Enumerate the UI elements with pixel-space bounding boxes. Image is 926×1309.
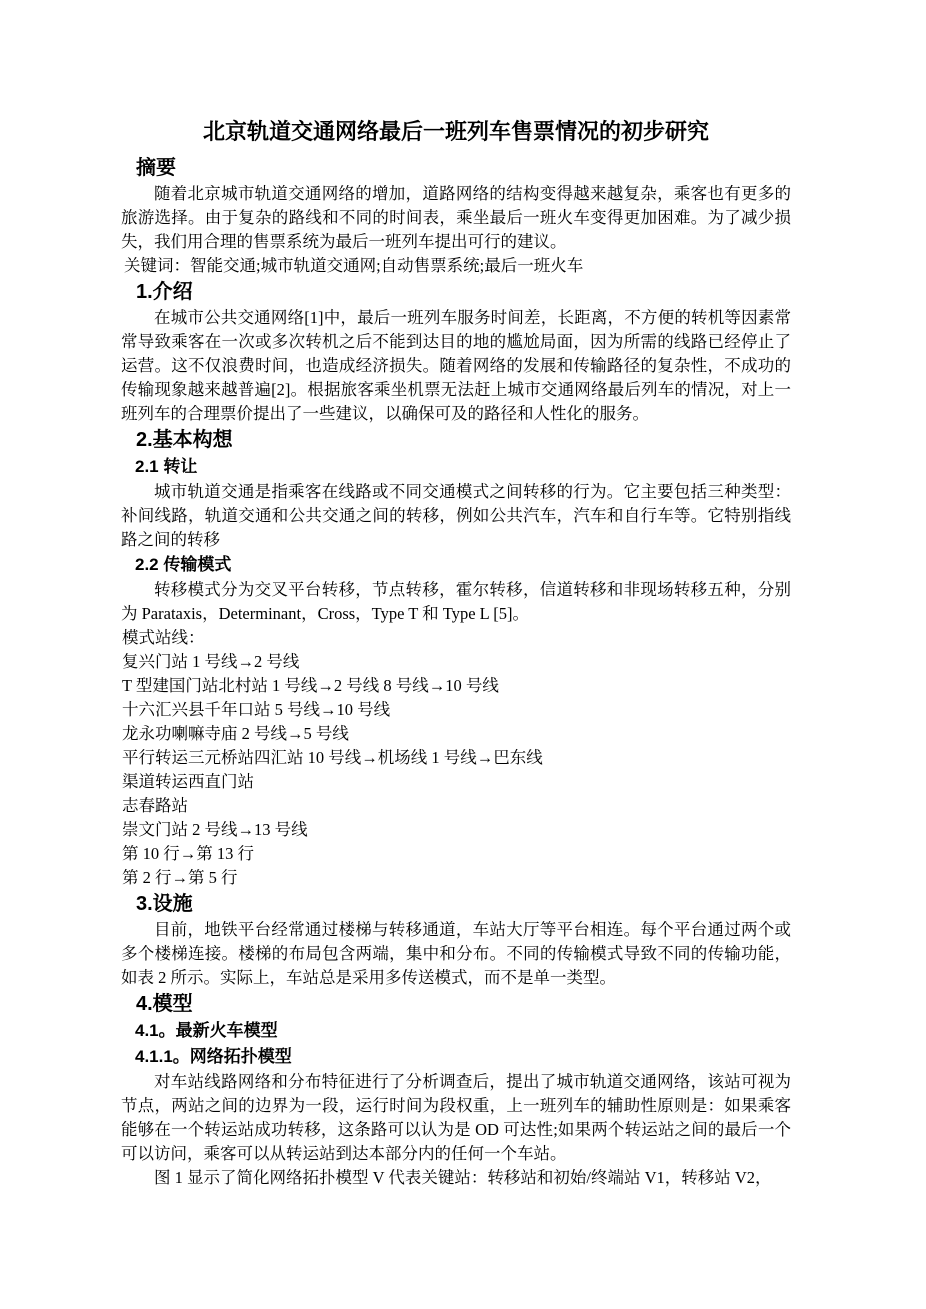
introduction-text: 在城市公共交通网络[1]中，最后一班列车服务时间差，长距离，不方便的转机等因素常…: [121, 306, 791, 426]
heading-latest-train-model: 4.1。最新火车模型: [121, 1018, 791, 1044]
heading-basic-concept: 2.基本构想: [121, 426, 791, 454]
station-line: 志春路站: [121, 794, 791, 818]
station-line: T 型建国门站北村站 1 号线→2 号线 8 号线→10 号线: [121, 674, 791, 698]
document-content: 北京轨道交通网络最后一班列车售票情况的初步研究 摘要 随着北京城市轨道交通网络的…: [121, 116, 791, 1190]
transfer-text: 城市轨道交通是指乘客在线路或不同交通模式之间转移的行为。它主要包括三种类型：补间…: [121, 480, 791, 552]
station-line: 第 10 行→第 13 行: [121, 842, 791, 866]
station-line: 渠道转运西直门站: [121, 770, 791, 794]
document-page: 北京轨道交通网络最后一班列车售票情况的初步研究 摘要 随着北京城市轨道交通网络的…: [0, 0, 926, 1309]
station-lines-label: 模式站线：: [121, 626, 791, 650]
figure1-reference-text: 图 1 显示了简化网络拓扑模型 V 代表关键站：转移站和初始/终端站 V1，转移…: [121, 1166, 791, 1190]
heading-model: 4.模型: [121, 990, 791, 1018]
station-line: 崇文门站 2 号线→13 号线: [121, 818, 791, 842]
station-line: 十六汇兴县千年口站 5 号线→10 号线: [121, 698, 791, 722]
heading-introduction: 1.介绍: [121, 278, 791, 306]
transfer-mode-text: 转移模式分为交叉平台转移，节点转移，霍尔转移，信道转移和非现场转移五种，分别为 …: [121, 578, 791, 626]
heading-facilities: 3.设施: [121, 890, 791, 918]
topology-model-text: 对车站线路网络和分布特征进行了分析调查后，提出了城市轨道交通网络，该站可视为节点…: [121, 1070, 791, 1166]
station-line: 第 2 行→第 5 行: [121, 866, 791, 890]
station-line: 龙永功喇嘛寺庙 2 号线→5 号线: [121, 722, 791, 746]
station-line: 平行转运三元桥站四汇站 10 号线→机场线 1 号线→巴东线: [121, 746, 791, 770]
paper-title: 北京轨道交通网络最后一班列车售票情况的初步研究: [121, 116, 791, 148]
heading-transfer: 2.1 转让: [121, 454, 791, 480]
facilities-text: 目前，地铁平台经常通过楼梯与转移通道，车站大厅等平台相连。每个平台通过两个或多个…: [121, 918, 791, 990]
keywords-line: 关键词：智能交通;城市轨道交通网;自动售票系统;最后一班火车: [121, 254, 791, 278]
heading-transfer-mode: 2.2 传输模式: [121, 552, 791, 578]
heading-abstract: 摘要: [121, 154, 791, 182]
station-line: 复兴门站 1 号线→2 号线: [121, 650, 791, 674]
heading-network-topology-model: 4.1.1。网络拓扑模型: [121, 1044, 791, 1070]
abstract-text: 随着北京城市轨道交通网络的增加，道路网络的结构变得越来越复杂，乘客也有更多的旅游…: [121, 182, 791, 254]
